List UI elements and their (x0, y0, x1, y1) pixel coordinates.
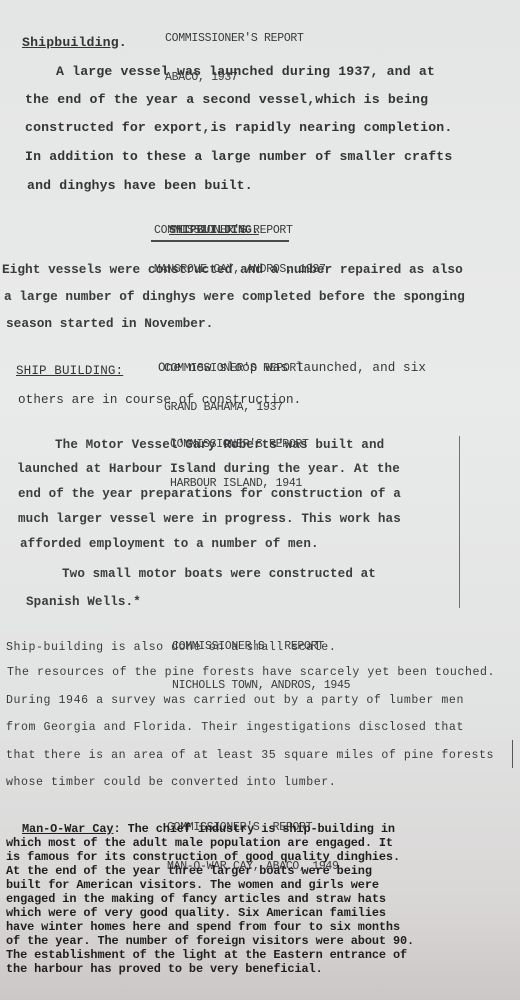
body-line: Eight vessels were constructed and a num… (2, 262, 463, 277)
body-line: Ship-building is also done on a small sc… (6, 641, 336, 654)
margin-mark (512, 740, 513, 768)
body-line: from Georgia and Florida. Their ingestig… (6, 721, 464, 734)
body-line: The resources of the pine forests have s… (7, 666, 495, 679)
body-line: the harbour has proved to be very benefi… (6, 963, 323, 977)
section-heading-shipbuilding: SHIPBUILDING. (169, 224, 259, 237)
body-line: During 1946 a survey was carried out by … (6, 694, 464, 707)
heading-text: Shipbuilding (22, 35, 119, 50)
body-line: Two small motor boats were constructed a… (62, 567, 376, 581)
body-line: afforded employment to a number of men. (20, 537, 319, 551)
body-line: At the end of the year three larger boat… (6, 865, 372, 879)
body-line: end of the year preparations for constru… (18, 487, 401, 501)
body-line: others are in course of construction. (18, 393, 301, 407)
body-line: built for American visitors. The women a… (6, 879, 379, 893)
body-line: season started in November. (6, 316, 213, 331)
body-line: that there is an area of at least 35 squ… (6, 749, 494, 762)
body-line: The Motor Vessel'Gary Roberts'was built … (55, 438, 384, 452)
document-page: COMMISSIONER'S REPORT ABACO, 1937 Shipbu… (0, 0, 520, 1000)
report-header-mangrove-cay-1937: COMMISSIONER'S REPORT MANGROVE CAY, ANDR… (154, 198, 326, 302)
report-location: NICHOLLS TOWN, ANDROS, 1945 (172, 679, 350, 692)
body-line: the end of the year a second vessel,whic… (25, 92, 428, 107)
body-line: whose timber could be converted into lum… (6, 776, 336, 789)
body-line: launched at Harbour Island during the ye… (17, 462, 400, 476)
body-line: which were of very good quality. Six Ame… (6, 907, 386, 921)
section-heading-ship-building: SHIP BUILDING: (16, 364, 123, 378)
body-line: is famous for its construction of good q… (6, 851, 400, 865)
body-line: of the year. The number of foreign visit… (6, 935, 414, 949)
body-line: much larger vessel were in progress. Thi… (18, 512, 401, 526)
body-line: Spanish Wells.* (26, 595, 141, 609)
report-title: COMMISSIONER'S REPORT (165, 32, 304, 45)
body-line: have winter homes here and spend from fo… (6, 921, 400, 935)
body-line: A large vessel was launched during 1937,… (56, 64, 435, 79)
margin-line (459, 436, 460, 608)
body-line: a large number of dinghys were completed… (4, 289, 465, 304)
body-line: constructed for export,is rapidly nearin… (25, 120, 452, 135)
first-line: Man-O-War Cay: The chief industry is shi… (22, 823, 395, 837)
body-line: and dinghys have been built. (27, 178, 253, 193)
body-line: The establishment of the light at the Ea… (6, 949, 407, 963)
body-line: engaged in the making of fancy articles … (6, 893, 386, 907)
body-line: which most of the adult male population … (6, 837, 393, 851)
section-heading-man-o-war-cay: Man-O-War Cay (22, 822, 113, 836)
body-line: One new sloop was launched, and six (158, 361, 426, 375)
heading-underline (151, 240, 289, 242)
section-heading-shipbuilding: Shipbuilding. (22, 35, 127, 50)
body-line: In addition to these a large number of s… (25, 149, 452, 164)
